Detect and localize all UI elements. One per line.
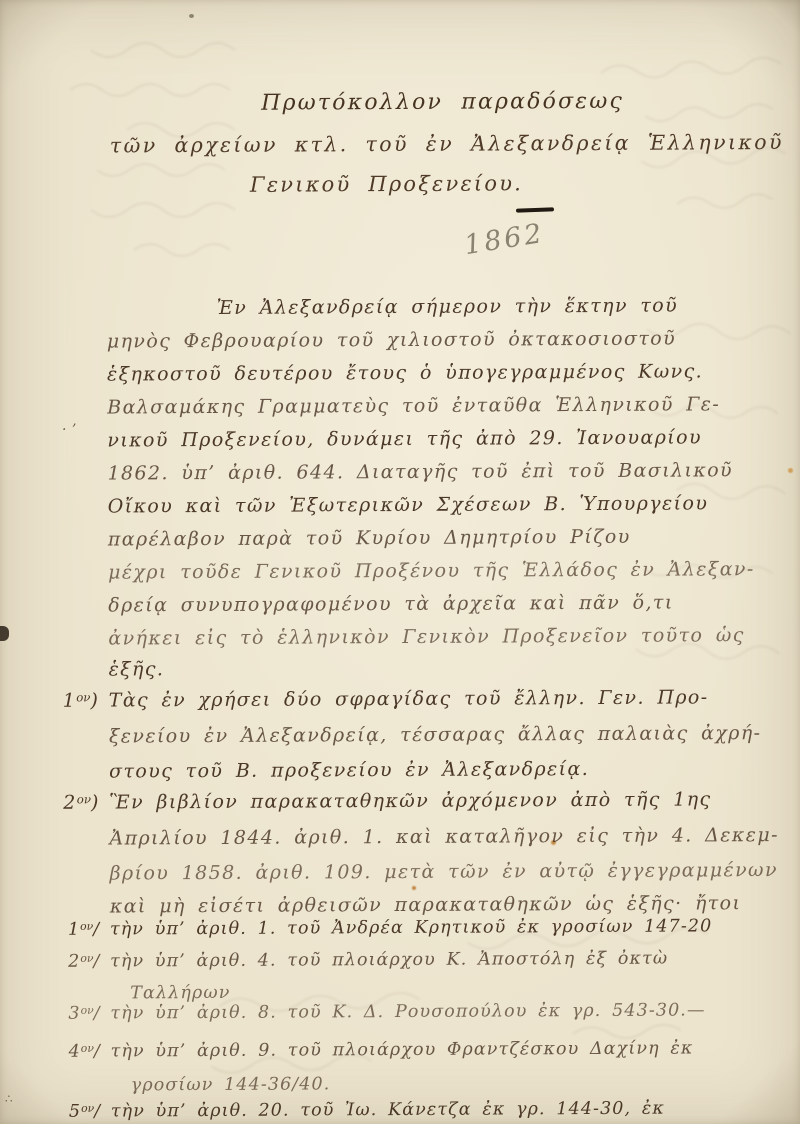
item-number: 1ον)	[63, 690, 109, 712]
item-text-continuation: Ἀπριλίου 1844. ἀριθ. 1. καὶ καταλῆγον εἰ…	[109, 824, 769, 849]
item-text: τὴν ὑπ’ ἀριθ. 9. τοῦ πλοιάρχου Φραντζέσκ…	[111, 1038, 694, 1061]
item-number: 4ον/	[69, 1042, 111, 1062]
item-text-continuation: στους τοῦ Β. προξενείου ἐν Ἀλεξανδρείᾳ.	[109, 757, 769, 782]
body-line: Βαλσαμάκης Γραμματεὺς τοῦ ἐνταῦθα Ἑλληνι…	[107, 393, 767, 418]
item-text: τὴν ὑπ’ ἀριθ. 20. τοῦ Ἰω. Κάνετζα ἐκ γρ.…	[111, 1099, 665, 1122]
deposit-entry-4: 4ον/τὴν ὑπ’ ἀριθ. 9. τοῦ πλοιάρχου Φραντ…	[85, 1038, 745, 1061]
item-text-continuation: ξενείου ἐν Ἀλεξανδρείᾳ, τέσσαρας ἄλλας π…	[109, 722, 769, 747]
item-text: τὴν ὑπ’ ἀριθ. 1. τοῦ Ἀνδρέα Κρητικοῦ ἐκ …	[110, 916, 712, 939]
body-line: δρείᾳ συνυπογραφομένου τὰ ἀρχεῖα καὶ πᾶν…	[108, 591, 768, 616]
title-line-1: Πρωτόκολλον παραδόσεως	[0, 88, 800, 117]
deposit-entry-2: 2ον/τὴν ὑπ’ ἀριθ. 4. τοῦ πλοιάρχου Κ. Ἀπ…	[84, 948, 744, 971]
body-line: μέχρι τοῦδε Γενικοῦ Προξένου τῆς Ἑλλάδος…	[108, 558, 768, 583]
body-line: ἀνήκει εἰς τὸ ἑλληνικὸν Γενικὸν Προξενεῖ…	[108, 624, 768, 649]
body-line: νικοῦ Προξενείου, δυνάμει τῆς ἀπὸ 29. Ἰα…	[107, 426, 767, 451]
deposit-entry-5: 5ον/τὴν ὑπ’ ἀριθ. 20. τοῦ Ἰω. Κάνετζα ἐκ…	[85, 1098, 745, 1121]
item-text: Ἓν βιβλίον παρακαταθηκῶν ἀρχόμενον ἀπὸ τ…	[109, 788, 711, 813]
body-line: Ἐν Ἀλεξανδρείᾳ σήμερον τὴν ἕκτην τοῦ	[107, 294, 800, 320]
item-number: 2ον)	[63, 792, 109, 814]
handwritten-text-layer: Πρωτόκολλον παραδόσεως τῶν ἀρχείων κτλ. …	[0, 0, 800, 1124]
body-line: ἑξηκοστοῦ δευτέρου ἔτους ὁ ὑπογεγραμμένο…	[107, 360, 767, 385]
body-line: ἑξῆς.	[109, 655, 769, 680]
item-text: Τὰς ἐν χρήσει δύο σφραγίδας τοῦ ἔλλην. Γ…	[109, 686, 709, 711]
item-number: 2ον/	[68, 952, 110, 972]
body-line: παρέλαβον παρὰ τοῦ Κυρίου Δημητρίου Ρίζο…	[108, 525, 768, 550]
item-number: 3ον/	[68, 1004, 110, 1024]
item-number: 5ον/	[69, 1102, 111, 1122]
item-text: τὴν ὑπ’ ἀριθ. 8. τοῦ Κ. Δ. Ρουσοπούλου ἐ…	[110, 1000, 705, 1023]
title-line-3: Γενικοῦ Προξενείου.	[250, 169, 800, 196]
item-text: τὴν ὑπ’ ἀριθ. 4. τοῦ πλοιάρχου Κ. Ἀποστό…	[110, 949, 668, 972]
deposit-entry-3: 3ον/τὴν ὑπ’ ἀριθ. 8. τοῦ Κ. Δ. Ρουσοπούλ…	[84, 1000, 744, 1023]
list-item-1: 1ον)Τὰς ἐν χρήσει δύο σφραγίδας τοῦ ἔλλη…	[109, 686, 769, 711]
body-line: Οἴκου καὶ τῶν Ἐξωτερικῶν Σχέσεων Β. Ὑπου…	[108, 492, 768, 517]
deposit-entry-1: 1ον/τὴν ὑπ’ ἀριθ. 1. τοῦ Ἀνδρέα Κρητικοῦ…	[84, 916, 744, 939]
deposit-entry-4-continuation: γροσίων 144-36/40.	[131, 1072, 791, 1095]
manuscript-page: · ’ ∴ 1862 Πρωτόκολλον παραδόσεως τῶν ἀρ…	[0, 0, 800, 1124]
body-line: 1862. ὑπ’ ἀριθ. 644. Διαταγῆς τοῦ ἐπὶ το…	[107, 459, 767, 484]
item-number: 1ον/	[68, 920, 110, 940]
item-text-continuation: καὶ μὴ εἰσέτι ἀρθεισῶν παρακαταθηκῶν ὡς …	[110, 892, 770, 917]
list-item-2: 2ον)Ἓν βιβλίον παρακαταθηκῶν ἀρχόμενον ἀ…	[109, 788, 769, 813]
item-text-continuation: βρίου 1858. ἀριθ. 109. μετὰ τῶν ἐν αὐτῷ …	[110, 859, 770, 884]
body-line: μηνὸς Φεβρουαρίου τοῦ χιλιοστοῦ ὀκτακοσι…	[107, 327, 767, 352]
title-line-2: τῶν ἀρχείων κτλ. τοῦ ἐν Ἀλεξανδρείᾳ Ἑλλη…	[110, 130, 770, 157]
